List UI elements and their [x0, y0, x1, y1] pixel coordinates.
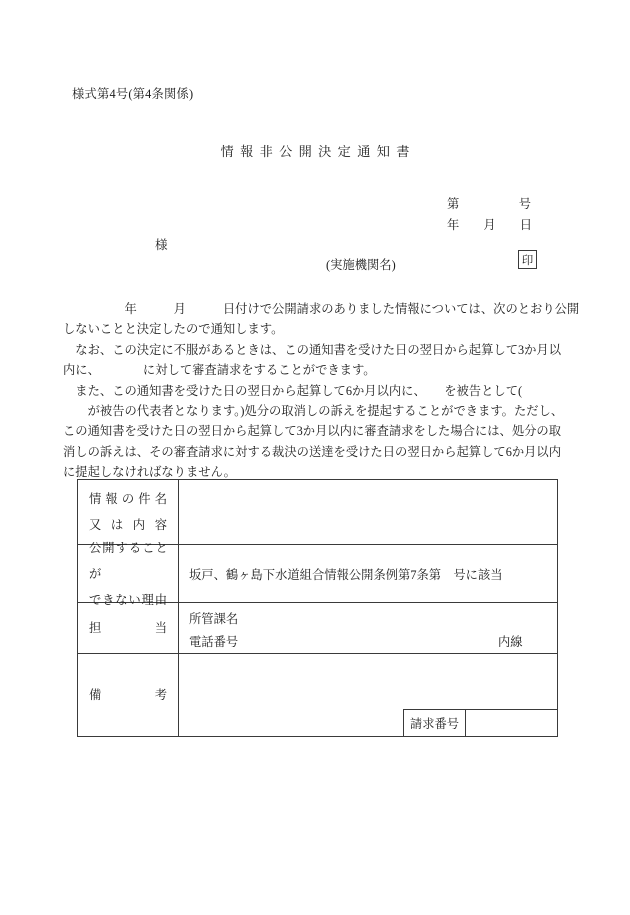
body-line: この通知書を受けた日の翌日から起算して3か月以内に審査請求をした場合には、処分の…	[63, 421, 565, 441]
doc-number-suffix: 号	[519, 194, 531, 212]
label-remarks-text: 備考	[89, 682, 167, 708]
reason-value-cell: 坂戸、鶴ヶ島下水道組合情報公開条例第7条第 号に該当	[179, 545, 557, 603]
contact-phone-label: 電話番号	[189, 635, 238, 649]
document-page: 様式第4号(第4条関係) 情報非公開決定通知書 第 号 年 月 日 様 (実施機…	[0, 0, 630, 915]
contact-value-cell: 所管課名 電話番号 内線	[179, 603, 557, 654]
contact-extension-label: 内線	[498, 631, 523, 654]
body-line: 消しの訴えは、その審査請求に対する裁決の送達を受けた日の翌日から起算して6か月以…	[63, 442, 565, 462]
month-label: 月	[483, 215, 495, 233]
label-reason-line1: 公開することが	[89, 535, 167, 587]
label-subject-line1: 情報の件名	[89, 486, 167, 512]
issuer-name-placeholder: (実施機関名)	[326, 255, 396, 273]
contact-phone-line: 電話番号 内線	[189, 631, 547, 654]
body-line: が被告の代表者となります。)処分の取消しの訴えを提起することができます。ただし、	[63, 401, 565, 421]
request-number-value	[466, 710, 557, 736]
seal-character: 印	[522, 252, 534, 268]
label-contact-text: 担当	[89, 615, 167, 641]
subject-value-cell	[179, 480, 557, 545]
year-label: 年	[447, 215, 459, 233]
body-line: また、この通知書を受けた日の翌日から起算して6か月以内に、 を被告として(	[63, 381, 565, 401]
label-remarks: 備考	[78, 654, 179, 736]
contact-department-label: 所管課名	[189, 608, 547, 631]
doc-number-prefix: 第	[447, 194, 459, 212]
info-table: 情報の件名 又は内容 公開することが できない理由 坂戸、鶴ヶ島下水道組合情報公…	[77, 479, 558, 737]
request-number-label: 請求番号	[404, 710, 466, 736]
body-line: 年 月 日付けで公開請求のありました情報については、次のとおり公開	[63, 299, 565, 319]
label-contact: 担当	[78, 603, 179, 654]
body-line: 内に、 に対して審査請求をすることができます。	[63, 360, 565, 380]
seal-box: 印	[518, 250, 537, 269]
addressee-honorific: 様	[155, 234, 168, 253]
body-line: なお、この決定に不服があるときは、この通知書を受けた日の翌日から起算して3か月以	[63, 340, 565, 360]
page-title: 情報非公開決定通知書	[0, 141, 630, 160]
document-number-line: 第 号	[447, 194, 531, 212]
body-line: しないことと決定したので通知します。	[63, 319, 565, 339]
date-line: 年 月 日	[447, 215, 532, 233]
remarks-value-cell: 請求番号	[179, 654, 557, 736]
form-number: 様式第4号(第4条関係)	[72, 84, 193, 102]
label-reason: 公開することが できない理由	[78, 545, 179, 603]
request-number-box: 請求番号	[403, 709, 557, 736]
day-label: 日	[520, 215, 532, 233]
body-paragraph: 年 月 日付けで公開請求のありました情報については、次のとおり公開 しないことと…	[63, 299, 565, 483]
